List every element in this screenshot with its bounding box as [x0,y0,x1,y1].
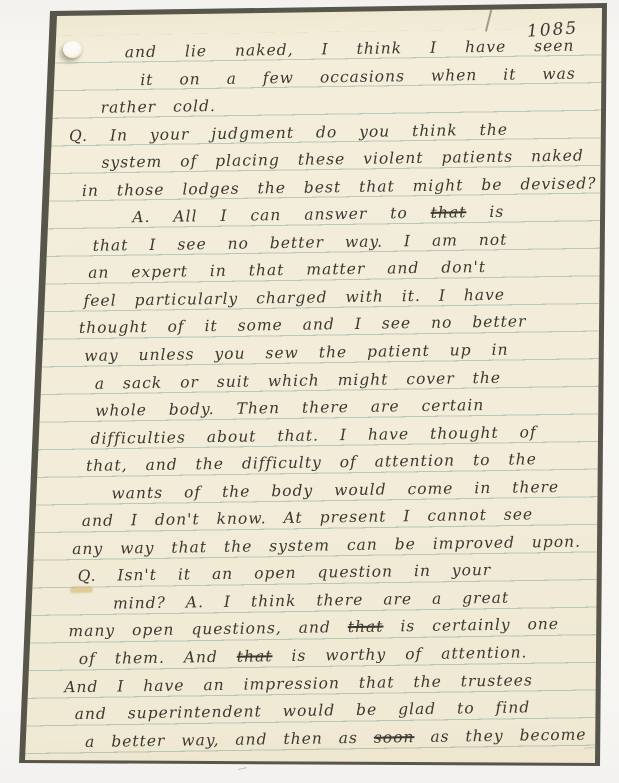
manuscript-page: 1085 and lie naked, I think I have seeni… [0,0,619,783]
struck-word: that [348,618,384,637]
handwritten-text: and lie naked, I think I have seenit on … [55,33,616,757]
scan-background: 1085 and lie naked, I think I have seeni… [0,0,619,783]
struck-word: that [431,204,467,223]
pencil-squiggle-icon [238,767,247,770]
pencil-mark-icon [485,6,493,32]
struck-word: that [237,648,273,667]
struck-word: soon [374,728,415,747]
